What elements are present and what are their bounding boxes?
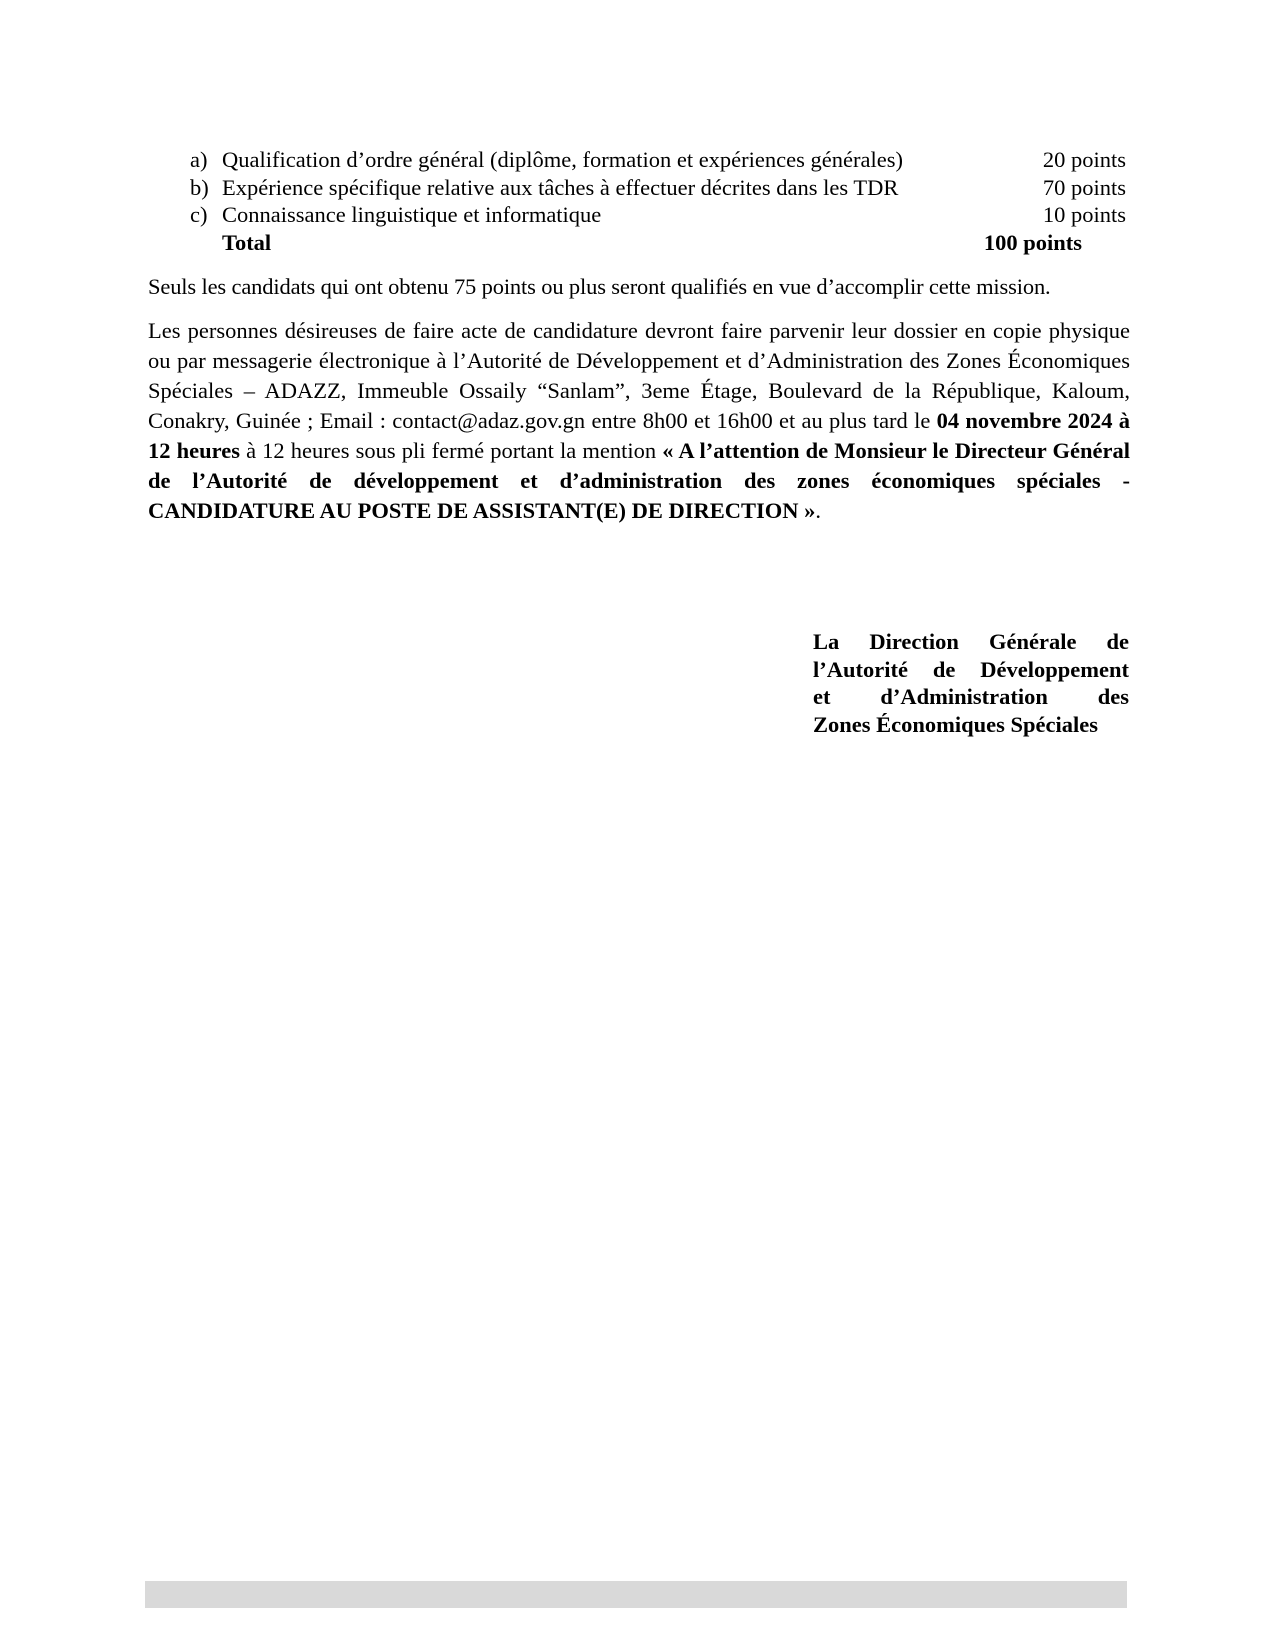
criteria-points: 10 points [1026,201,1130,229]
application-end: . [815,498,821,523]
qualification-threshold-note: Seuls les candidats qui ont obtenu 75 po… [148,272,1130,302]
criteria-total-label: Total [190,229,922,257]
criteria-letter: a) [190,146,222,174]
criteria-points: 70 points [1026,174,1130,202]
criteria-label: Connaissance linguistique et informatiqu… [222,201,1026,229]
criteria-row: b) Expérience spécifique relative aux tâ… [190,174,1130,202]
footer-bar [145,1581,1127,1608]
criteria-points: 20 points [1026,146,1130,174]
signature-line: Zones Économiques Spéciales [813,711,1129,739]
application-instructions: Les personnes désireuses de faire acte d… [148,316,1130,526]
signature-line: et d’Administration des [813,683,1129,711]
criteria-letter: b) [190,174,222,202]
signature-block: La Direction Générale de l’Autorité de D… [813,628,1129,738]
document-page: a) Qualification d’ordre général (diplôm… [0,0,1275,1650]
signature-line: La Direction Générale de [813,628,1129,656]
criteria-total-row: Total 100 points [190,229,1130,257]
signature-line: l’Autorité de Développement [813,656,1129,684]
criteria-row: c) Connaissance linguistique et informat… [190,201,1130,229]
criteria-row: a) Qualification d’ordre général (diplôm… [190,146,1130,174]
criteria-letter: c) [190,201,222,229]
criteria-label: Expérience spécifique relative aux tâche… [222,174,1026,202]
criteria-total-points: 100 points [922,229,1130,257]
evaluation-criteria: a) Qualification d’ordre général (diplôm… [190,146,1130,256]
application-middle: à 12 heures sous pli fermé portant la me… [240,438,662,463]
criteria-label: Qualification d’ordre général (diplôme, … [222,146,1026,174]
